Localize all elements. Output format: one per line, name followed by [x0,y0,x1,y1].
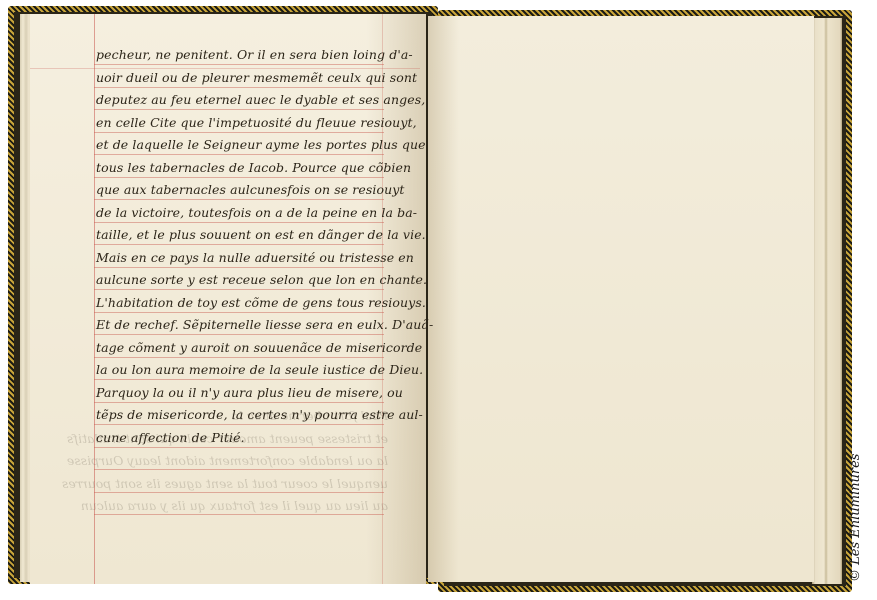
page-stack-right [812,18,842,584]
right-page-blank [428,16,814,582]
text-line: tage cõment y auroit on souuenãce de mis… [96,337,388,360]
text-line: Et de rechef. Sẽpiternelle liesse sera e… [96,314,388,337]
text-line: Parquoy la ou il n'y aura plus lieu de m… [96,382,388,405]
show-through-line: et tristesse peuent amouer ceulx qui son… [96,428,388,451]
show-through-line: Paul fort uberme auec la [96,405,388,428]
text-line: Mais en ce pays la nulle aduersité ou tr… [96,247,388,270]
text-line: uoir dueil ou de pleurer mesmemẽt ceulx … [96,67,388,90]
show-through-text: Paul fort uberme auec la et tristesse pe… [96,405,388,518]
text-line: en celle Cite que l'impetuosité du fleuu… [96,112,388,135]
text-line: L'habitation de toy est cõme de gens tou… [96,292,388,315]
show-through-line: la ou lendable confortement aidont leauy… [96,450,388,473]
copyright-caption: © Les Enluminures [848,454,863,582]
manuscript-text: pecheur, ne penitent. Or il en sera bien… [96,44,388,449]
text-line: taille, et le plus souuent on est en dãn… [96,224,388,247]
text-line: la ou lon aura memoire de la seule iusti… [96,359,388,382]
show-through-line: uenquel le coeur tout la sent agues ils … [96,473,388,496]
text-line: pecheur, ne penitent. Or il en sera bien… [96,44,388,67]
text-line: que aux tabernacles aulcunesfois on se r… [96,179,388,202]
text-line: et de laquelle le Seigneur ayme les port… [96,134,388,157]
text-line: deputez au feu eternel auec le dyable et… [96,89,388,112]
text-line: de la victoire, toutesfois on a de la pe… [96,202,388,225]
show-through-line: au lieu au quel il est fortaux qu ils y … [96,495,388,518]
text-line: aulcune sorte y est receue selon que lon… [96,269,388,292]
manuscript-photo: pecheur, ne penitent. Or il en sera bien… [0,0,877,600]
text-line: tous les tabernacles de Iacob. Pource qu… [96,157,388,180]
